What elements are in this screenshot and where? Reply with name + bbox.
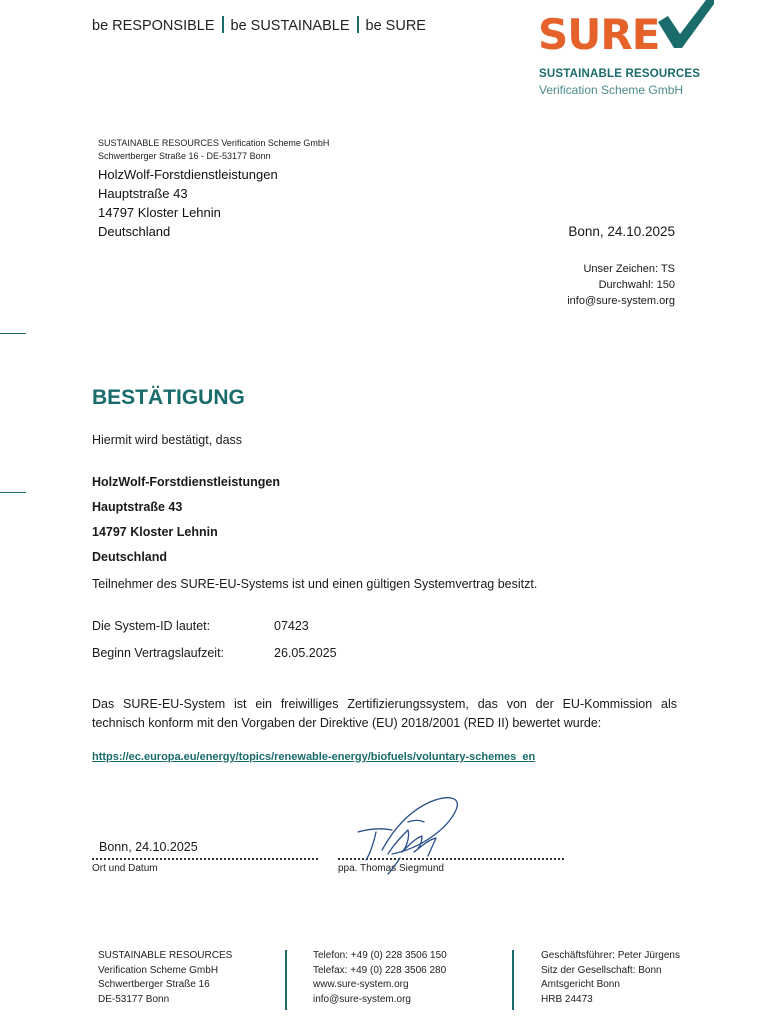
footer-company: SUSTAINABLE RESOURCES Verification Schem… [98, 949, 232, 1007]
footer-fax: Telefax: +49 (0) 228 3506 280 [313, 964, 447, 979]
place-date-label: Ort und Datum [92, 863, 158, 874]
footer-registered-office: Sitz der Gesellschaft: Bonn [541, 964, 680, 979]
contract-start-row: Beginn Vertragslaufzeit: 26.05.2025 [92, 640, 337, 667]
tagline-separator [357, 16, 359, 33]
holder-country: Deutschland [92, 545, 280, 570]
extension-number: Durchwahl: 150 [567, 277, 675, 293]
footer-divider [285, 950, 287, 1010]
footer-company-line: Schwertberger Straße 16 [98, 978, 232, 993]
reference-code: Unser Zeichen: TS [567, 261, 675, 277]
contract-start-label: Beginn Vertragslaufzeit: [92, 640, 274, 667]
footer-email-link[interactable]: info@sure-system.org [313, 993, 447, 1008]
footer-legal: Geschäftsführer: Peter Jürgens Sitz der … [541, 949, 680, 1007]
logo-wordmark: SURE [538, 14, 659, 56]
footer-contact: Telefon: +49 (0) 228 3506 150 Telefax: +… [313, 949, 447, 1007]
system-details: Die System-ID lautet: 07423 Beginn Vertr… [92, 613, 337, 667]
system-id-label: Die System-ID lautet: [92, 613, 274, 640]
letter-date: Bonn, 24.10.2025 [568, 224, 675, 239]
sender-line-2: Schwertberger Straße 16 - DE-53177 Bonn [98, 150, 329, 163]
tagline-sustainable: be SUSTAINABLE [231, 18, 350, 34]
logo-company-line2: Verification Scheme GmbH [539, 83, 683, 97]
eu-voluntary-schemes-link[interactable]: https://ec.europa.eu/energy/topics/renew… [92, 751, 535, 763]
footer-company-line: DE-53177 Bonn [98, 993, 232, 1008]
footer-company-line: SUSTAINABLE RESOURCES [98, 949, 232, 964]
signature-place-date: Bonn, 24.10.2025 [99, 840, 198, 854]
document-title: BESTÄTIGUNG [92, 386, 245, 410]
fold-mark [0, 333, 26, 334]
tagline-sure: be SURE [366, 18, 426, 34]
logo-company-line1: SUSTAINABLE RESOURCES [539, 68, 700, 80]
holder-city: 14797 Kloster Lehnin [92, 520, 280, 545]
footer-phone: Telefon: +49 (0) 228 3506 150 [313, 949, 447, 964]
footer-registry-number: HRB 24473 [541, 993, 680, 1008]
footer-divider [512, 950, 514, 1010]
tagline-responsible: be RESPONSIBLE [92, 18, 215, 34]
recipient-street: Hauptstraße 43 [98, 184, 278, 203]
footer-website-link[interactable]: www.sure-system.org [313, 978, 447, 993]
letter-references: Unser Zeichen: TS Durchwahl: 150 info@su… [567, 261, 675, 309]
checkmark-icon [656, 0, 714, 50]
certificate-holder: HolzWolf-Forstdienstleistungen Hauptstra… [92, 470, 280, 570]
holder-name: HolzWolf-Forstdienstleistungen [92, 470, 280, 495]
participation-statement: Teilnehmer des SURE-EU-Systems ist und e… [92, 577, 537, 591]
system-id-value: 07423 [274, 613, 309, 640]
sender-address-line: SUSTAINABLE RESOURCES Verification Schem… [98, 137, 329, 163]
recipient-country: Deutschland [98, 222, 278, 241]
footer-company-line: Verification Scheme GmbH [98, 964, 232, 979]
recipient-city: 14797 Kloster Lehnin [98, 203, 278, 222]
holder-street: Hauptstraße 43 [92, 495, 280, 520]
tagline-separator [222, 16, 224, 33]
system-id-row: Die System-ID lautet: 07423 [92, 613, 337, 640]
fold-mark [0, 492, 26, 493]
intro-text: Hiermit wird bestätigt, dass [92, 433, 242, 447]
sure-logo: SURE SUSTAINABLE RESOURCES Verification … [538, 0, 718, 100]
header-tagline: be RESPONSIBLEbe SUSTAINABLEbe SURE [92, 16, 426, 34]
handwritten-signature [352, 792, 467, 877]
recipient-address: HolzWolf-Forstdienstleistungen Hauptstra… [98, 165, 278, 241]
footer-court: Amtsgericht Bonn [541, 978, 680, 993]
scheme-description: Das SURE-EU-System ist ein freiwilliges … [92, 695, 677, 733]
recipient-name: HolzWolf-Forstdienstleistungen [98, 165, 278, 184]
sender-line-1: SUSTAINABLE RESOURCES Verification Schem… [98, 137, 329, 150]
contract-start-value: 26.05.2025 [274, 640, 337, 667]
contact-email[interactable]: info@sure-system.org [567, 293, 675, 309]
place-date-dotted-line [92, 858, 318, 860]
footer-managing-director: Geschäftsführer: Peter Jürgens [541, 949, 680, 964]
